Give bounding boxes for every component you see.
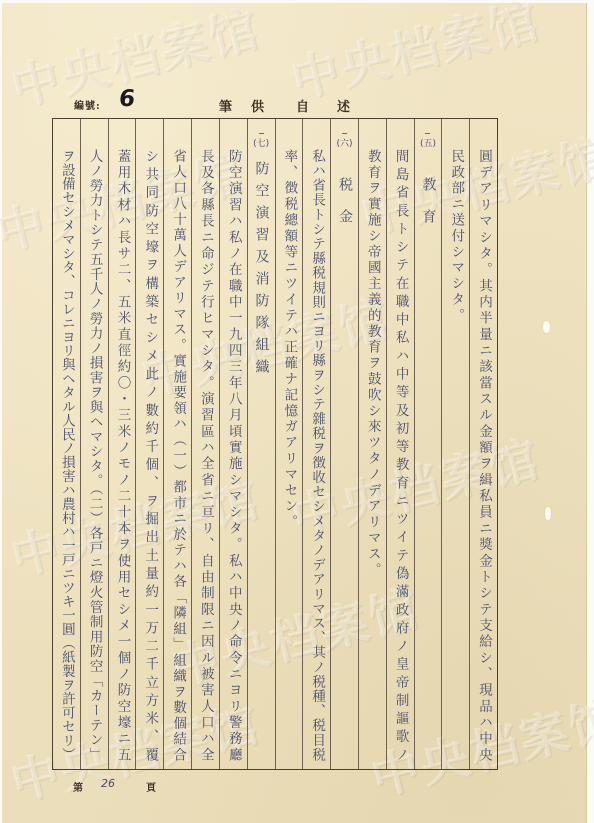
handwritten-line: 人ノ勞力トシテ五千人ノ勞力ノ損害ヲ與ヘマシタ。（二）各戸ニ燈火管制用防空「カーテ… xyxy=(81,149,108,761)
text-column: シ共同防空壕ヲ構築セシメ此ノ數約千個、ヲ掘出土量約一万二千立方米、覆 xyxy=(135,119,163,769)
handwritten-line: 蓋用木材ハ長サ二、五米直徑約〇・三米ノモノ二十本ヲ使用セシメ一個ノ防空壕ニ五 xyxy=(109,149,136,761)
handwritten-line: 間島省長トシテ在職中私ハ中等及初等教育ニツイテ偽滿政府ノ皇帝制謳歌ノ xyxy=(387,149,414,761)
handwritten-line: 率、徴税總額等ニツイテハ正確ナ記憶ガアリマセン。 xyxy=(276,149,303,761)
text-column: 民政部ニ送付シマシタ。 xyxy=(441,119,469,769)
handwritten-line: 私ハ省長トシテ縣税規則ニヨリ縣ヲシテ雜税ヲ徴收セシメタノデアリマス、其ノ税種、税… xyxy=(303,149,330,761)
page-number-suffix: 頁 xyxy=(146,779,156,794)
handwritten-line: 民政部ニ送付シマシタ。 xyxy=(442,149,469,761)
text-column: 率、徴税總額等ニツイテハ正確ナ記憶ガアリマセン。 xyxy=(275,119,303,769)
page-number-prefix: 第 xyxy=(73,779,83,794)
handwritten-line: 長及各縣長ニ命ジテ行ヒマシタ。演習區ハ全省ニ亘リ、自由制限ニ因ル被害人口ハ全 xyxy=(192,149,219,761)
text-column: 長及各縣長ニ命ジテ行ヒマシタ。演習區ハ全省ニ亘リ、自由制限ニ因ル被害人口ハ全 xyxy=(191,119,219,769)
binding-hole xyxy=(543,321,550,333)
text-column: 私ハ省長トシテ縣税規則ニヨリ縣ヲシテ雜税ヲ徴收セシメタノデアリマス、其ノ税種、税… xyxy=(302,119,330,769)
document-number-label: 編號: xyxy=(74,97,101,112)
text-column: 蓋用木材ハ長サ二、五米直徑約〇・三米ノモノ二十本ヲ使用セシメ一個ノ防空壕ニ五 xyxy=(108,119,136,769)
handwritten-line: 防空演習ハ私ノ在職中一九四三年八月頃實施シマシタ。私ハ中央ノ命令ニヨリ警務廳 xyxy=(220,149,247,761)
binding-hole xyxy=(545,507,551,520)
section-number: (五) xyxy=(415,133,442,149)
text-column: 教育ヲ實施シ帝國主義的教育ヲ鼓吹シ來ツタノデアリマス。 xyxy=(358,119,386,769)
text-column: 防空演習ハ私ノ在職中一九四三年八月頃實施シマシタ。私ハ中央ノ命令ニヨリ警務廳 xyxy=(219,119,247,769)
text-column: 間島省長トシテ在職中私ハ中等及初等教育ニツイテ偽滿政府ノ皇帝制謳歌ノ xyxy=(386,119,414,769)
handwritten-line: ヲ設備セシメマシタ、コレニヨリ與ヘタル人民ノ損害ハ農村ハ一戸ニツキ一圓（紙製ヲ許… xyxy=(53,149,80,761)
section-heading-column: (七) 防空演習及消防隊組織 xyxy=(247,119,275,769)
handwritten-line: 教育ヲ實施シ帝國主義的教育ヲ鼓吹シ來ツタノデアリマス。 xyxy=(359,149,386,761)
section-heading-column: (五) 教育 xyxy=(414,119,442,769)
text-column: 人ノ勞力トシテ五千人ノ勞力ノ損害ヲ與ヘマシタ。（二）各戸ニ燈火管制用防空「カーテ… xyxy=(80,119,108,769)
handwritten-line: 圓デアリマシタ。其内半量ニ該當スル金額ヲ緝私員ニ獎金トシテ支給シ、現品ハ中央 xyxy=(470,149,497,761)
section-heading-column: (六) 税金 xyxy=(330,119,358,769)
page-number: 26 xyxy=(101,777,115,790)
title-char: 自 xyxy=(296,96,309,115)
text-column: ヲ設備セシメマシタ、コレニヨリ與ヘタル人民ノ損害ハ農村ハ一戸ニツキ一圓（紙製ヲ許… xyxy=(53,119,80,769)
text-column: 圓デアリマシタ。其内半量ニ該當スル金額ヲ緝私員ニ獎金トシテ支給シ、現品ハ中央 xyxy=(469,119,497,769)
title-char: 述 xyxy=(337,96,350,115)
handwritten-line: シ共同防空壕ヲ構築セシメ此ノ數約千個、ヲ掘出土量約一万二千立方米、覆 xyxy=(136,149,163,761)
confession-text-grid: 圓デアリマシタ。其内半量ニ該當スル金額ヲ緝私員ニ獎金トシテ支給シ、現品ハ中央 民… xyxy=(52,118,498,770)
text-column: 省人口八十萬人デアリマス。實施要領ハ（一）都市ニ於テハ各「隣組」組織ヲ數個結合 xyxy=(163,119,191,769)
document-number-value: 6 xyxy=(118,86,137,112)
section-title: 教育 xyxy=(415,177,442,241)
section-title: 防空演習及消防隊組織 xyxy=(248,161,275,381)
handwritten-line: 省人口八十萬人デアリマス。實施要領ハ（一）都市ニ於テハ各「隣組」組織ヲ數個結合 xyxy=(164,149,191,761)
section-number: (七) xyxy=(248,133,275,149)
section-number: (六) xyxy=(331,133,358,149)
title-char: 筆 xyxy=(219,96,232,115)
title-char: 供 xyxy=(251,96,264,115)
section-title: 税金 xyxy=(331,177,358,241)
